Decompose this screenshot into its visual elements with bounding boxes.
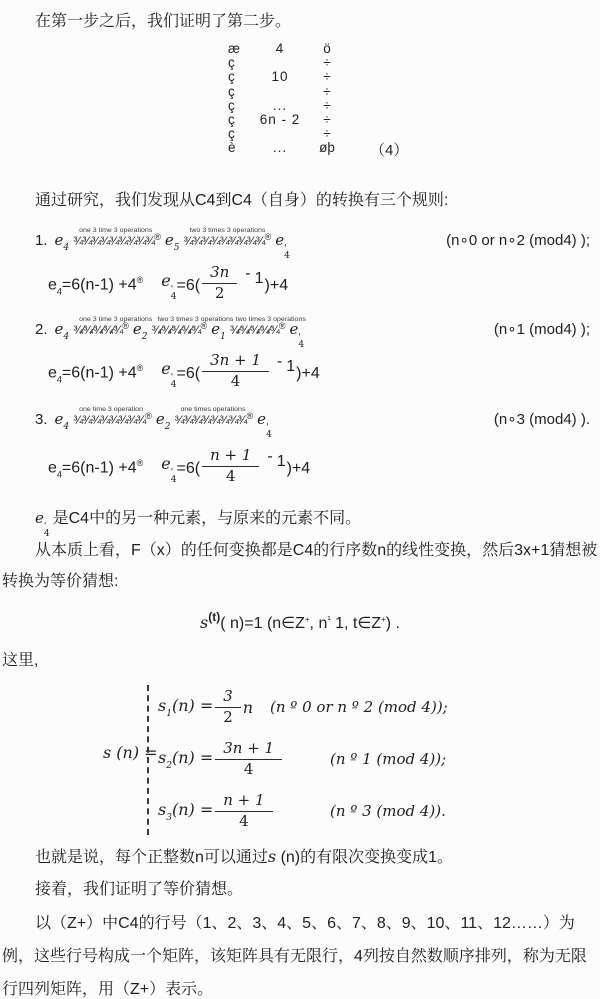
equation-rule-1: e4=6(n-1) +4®e'4=6(3n2-1)+4 (48, 260, 288, 312)
eq-rhs-e: e'4 (161, 454, 176, 484)
piecewise-case: s2(n) = 3n + 14 (n º 1 (mod 4)); (158, 735, 592, 783)
eq-rhs-pre: =6( (176, 365, 200, 383)
eq-lhs: e4=6(n-1) +4® (48, 275, 143, 296)
matrix-row: æ4ö (228, 42, 338, 56)
fraction: n + 14 (202, 446, 259, 486)
matrix-row: ç÷ (228, 127, 338, 141)
e-term: e4 (55, 231, 70, 249)
equation-number: （4） (370, 144, 408, 158)
e-term: e2 (133, 320, 148, 338)
case-after: n (243, 698, 253, 717)
here-label: 这里, (2, 645, 598, 676)
arrow-overlay-text: one time 3 operation (79, 406, 143, 412)
right-bracket-glyph: ÷ (316, 70, 338, 84)
arrow-head-glyph: ® (137, 458, 144, 468)
document-page: 在第一步之后，我们证明了第二步。 æ4ö ç÷ ç10÷ ç÷ ç...÷ ç6… (0, 0, 600, 999)
e-prime-term: e'4 (275, 231, 290, 249)
essence-paragraph: 从本质上看，F（x）的任何变换都是C4的行序数n的线性变换，然后3x+1猜想被转… (2, 535, 598, 597)
e-term: e1 (211, 320, 226, 338)
eq-rhs-pre: =6( (176, 460, 200, 478)
equation-rule-2: e4=6(n-1) +4®e'4=6(3n + 14-1)+4 (48, 348, 320, 400)
arrow-body: ¾¾¾¾¾¾¾¾ (174, 413, 246, 427)
e-prime-term: e'4 (35, 509, 50, 527)
next-paragraph: 接着，我们证明了等价猜想。 (2, 874, 598, 905)
fraction: 32 (215, 687, 241, 727)
eq-rhs-e: e'4 (161, 271, 176, 301)
right-bracket-glyph: øþ (316, 141, 338, 155)
transform-arrow: ¾⁄¾⁄¾⁄¾⁄¾two 3 times 3 operations® (151, 321, 207, 337)
left-bracket-glyph: è (228, 141, 244, 155)
transform-arrow: ¾¾¾¾¾¾¾¾one time 3 operation® (73, 411, 152, 427)
right-bracket-glyph: ÷ (316, 99, 338, 113)
e-prime-term: e'4 (257, 410, 272, 428)
e-term: e2 (156, 410, 171, 428)
rule-1: 1.e4¾¾¾¾¾¾¾¾¾one 3 time 3 operations®e5¾… (35, 231, 600, 253)
dashed-brace (147, 685, 149, 835)
final-paragraph: 以（Z+）中C4的行号（1、2、3、4、5、6、7、8、9、10、11、12……… (2, 907, 598, 999)
case-condition: (n º 0 or n º 2 (mod 4)); (270, 698, 448, 716)
arrow-body: ¾¾¾¾¾¾¾¾ (73, 413, 145, 427)
arrow-head-glyph: ® (247, 411, 254, 421)
transform-arrow: ¾¾¾¾¾¾¾¾one times operations® (174, 411, 253, 427)
rule-number: 3. (35, 411, 48, 428)
equation-rule-3: e4=6(n-1) +4®e'4=6(n + 14-1)+4 (48, 443, 310, 495)
arrow-body: ¾⁄¾⁄¾⁄¾⁄¾ (151, 323, 200, 337)
matrix-cell: ... (244, 99, 316, 113)
left-bracket-glyph: ç (228, 99, 244, 113)
arrow-body: ¾⁄¾⁄¾⁄¾⁄¾ (73, 323, 122, 337)
rule-number: 1. (35, 232, 48, 249)
transform-arrow: ¾⁄¾⁄¾⁄¾⁄¾two times 3 operations® (230, 321, 286, 337)
summary-pre: 也就是说，每个正整数n可以通过 (35, 849, 268, 866)
arrow-overlay-text: one 3 time 3 operations (79, 227, 152, 233)
case-lhs: s1(n) = (158, 696, 213, 719)
eq-rhs-pre: =6( (176, 277, 200, 295)
case-condition: (n º 1 (mod 4)); (330, 750, 446, 768)
matrix-cell: 6n - 2 (244, 113, 316, 127)
transform-arrow: ¾¾¾¾¾¾¾¾¾one 3 time 3 operations® (73, 232, 161, 248)
left-bracket-glyph: ç (228, 85, 244, 99)
arrow-overlay-text: one times operations (180, 406, 245, 412)
arrow-body: ¾¾¾¾¾¾¾¾¾ (73, 234, 154, 248)
matrix-row: ç6n - 2÷ (228, 113, 338, 127)
arrow-overlay-text: two 3 times 3 operations (189, 227, 265, 233)
arrow-head-glyph: ® (145, 411, 152, 421)
formula-text: ) . (386, 615, 400, 632)
eq-lhs: e4=6(n-1) +4® (48, 363, 143, 384)
formula-text: , n (310, 615, 328, 632)
matrix-cell: 10 (244, 70, 316, 84)
transform-arrow: ¾⁄¾⁄¾⁄¾⁄¾one 3 time 3 operations® (73, 321, 129, 337)
e-term: e4 (55, 320, 70, 338)
piecewise-case: s3(n) = n + 14 (n º 3 (mod 4)). (158, 787, 592, 835)
arrow-head-glyph: ® (154, 232, 161, 242)
e-term: e4 (55, 410, 70, 428)
fraction: 3n2 (202, 263, 237, 303)
arrow-head-glyph: ® (137, 363, 144, 373)
right-bracket-glyph: ÷ (316, 127, 338, 141)
conjecture-formula: s(t)( n)=1 (n∈Z+, n¹ 1, t∈Z+) . (0, 610, 600, 633)
matrix-row: è...øþ (228, 141, 338, 155)
t-superscript: (t) (208, 610, 220, 624)
arrow-head-glyph: ® (137, 275, 144, 285)
e-term: e5 (165, 231, 180, 249)
left-bracket-glyph: ç (228, 113, 244, 127)
matrix-row: ç÷ (228, 56, 338, 70)
rule-3: 3.e4¾¾¾¾¾¾¾¾one time 3 operation®e2¾¾¾¾¾… (35, 410, 600, 432)
case-condition: (n º 3 (mod 4)). (330, 802, 446, 820)
rule-condition: (n∘0 or n∘2 (mod4) ); (446, 231, 590, 249)
arrow-head-glyph: ® (265, 232, 272, 242)
summary-post: (n)的有限次变换变成1。 (276, 849, 453, 866)
arrow-overlay-text: two times 3 operations (236, 316, 306, 322)
formula-text: ( n)=1 (n∈Z (220, 615, 305, 632)
rule-condition: (n∘1 (mod4) ); (494, 320, 590, 338)
right-bracket-glyph: ÷ (316, 56, 338, 70)
matrix-row: ç÷ (228, 85, 338, 99)
raised-one: 1 (255, 270, 264, 288)
formula-text: 1, t∈Z (331, 615, 381, 632)
case-lhs: s3(n) = (158, 800, 213, 823)
matrix-equation-4: æ4ö ç÷ ç10÷ ç÷ ç...÷ ç6n - 2÷ ç÷ è...øþ … (228, 42, 338, 156)
transform-arrow: ¾¾¾¾¾¾¾¾¾two 3 times 3 operations® (183, 232, 271, 248)
matrix-cell: 4 (244, 42, 316, 56)
left-bracket-glyph: ç (228, 127, 244, 141)
left-bracket-glyph: æ (228, 42, 244, 56)
right-bracket-glyph: ÷ (316, 113, 338, 127)
right-bracket-glyph: ö (316, 42, 338, 56)
arrow-body: ¾¾¾¾¾¾¾¾¾ (183, 234, 264, 248)
eq-rhs-e: e'4 (161, 359, 176, 389)
fraction: 3n + 14 (202, 351, 269, 391)
rule-2: 2.e4¾⁄¾⁄¾⁄¾⁄¾one 3 time 3 operations®e2¾… (35, 320, 600, 342)
arrow-overlay-text: two 3 times 3 operations (157, 316, 233, 322)
raised-one: 1 (277, 453, 286, 471)
rule-condition: (n∘3 (mod4) ). (494, 410, 590, 428)
left-bracket-glyph: ç (228, 70, 244, 84)
piecewise-lhs: s (n) = (103, 743, 158, 762)
arrow-overlay-text: one 3 time 3 operations (79, 316, 152, 322)
arrow-body: ¾⁄¾⁄¾⁄¾⁄¾ (230, 323, 279, 337)
s-symbol: s (268, 847, 276, 866)
rules-intro-paragraph: 通过研究，我们发现从C4到C4（自身）的转换有三个规则: (2, 185, 598, 216)
piecewise-case: s1(n) = 32n (n º 0 or n º 2 (mod 4)); (158, 683, 592, 731)
eq-tail: )+4 (296, 365, 320, 383)
minus-sign: - (277, 353, 282, 371)
eq-tail: )+4 (265, 277, 289, 295)
case-lhs: s2(n) = (158, 748, 213, 771)
note-paragraph: e'4是C4中的另一种元素，与原来的元素不同。 (2, 503, 598, 538)
piecewise-definition: s (n) = s1(n) = 32n (n º 0 or n º 2 (mod… (0, 681, 600, 841)
raised-one: 1 (286, 358, 295, 376)
matrix-row: ç...÷ (228, 99, 338, 113)
e-prime-term: e'4 (290, 320, 305, 338)
summary-paragraph: 也就是说，每个正整数n可以通过s (n)的有限次变换变成1。 (2, 841, 598, 873)
minus-sign: - (245, 265, 250, 283)
matrix-row: ç10÷ (228, 70, 338, 84)
fraction: n + 14 (215, 791, 272, 831)
intro-paragraph: 在第一步之后，我们证明了第二步。 (2, 6, 598, 37)
matrix-cell: ... (244, 141, 316, 155)
rule-number: 2. (35, 321, 48, 338)
minus-sign: - (267, 448, 272, 466)
left-bracket-glyph: ç (228, 56, 244, 70)
eq-lhs: e4=6(n-1) +4® (48, 458, 143, 479)
right-bracket-glyph: ÷ (316, 85, 338, 99)
note-text: 是C4中的另一种元素，与原来的元素不同。 (53, 510, 361, 527)
fraction: 3n + 14 (215, 739, 282, 779)
eq-tail: )+4 (287, 460, 311, 478)
